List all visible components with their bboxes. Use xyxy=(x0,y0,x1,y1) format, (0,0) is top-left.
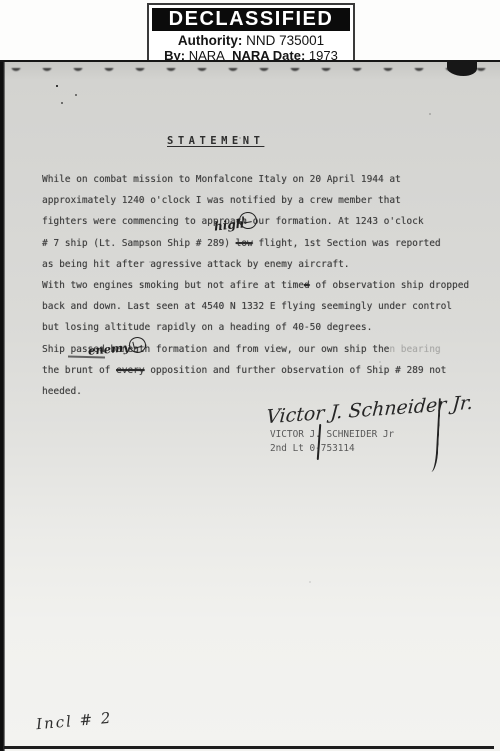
statement-line: fighters were commencing to approach our… xyxy=(42,211,487,232)
statement-text-segment: heeded. xyxy=(42,386,82,397)
statement-text-segment: flight, 1st Section was reported xyxy=(253,238,441,249)
statement-text-segment: every xyxy=(116,365,144,376)
statement-text-segment: opposition and further observation of Sh… xyxy=(145,365,447,376)
stamp-authority-line: Authority: NND 735001 xyxy=(152,33,350,48)
statement-text-segment: With two engines smoking but not afire a… xyxy=(42,280,304,291)
film-left-edge xyxy=(0,62,5,751)
statement-text-segment: as being hit after agressive attack by e… xyxy=(42,259,350,270)
statement-text-segment: the brunt of xyxy=(42,365,116,376)
scanned-document-page: DECLASSIFIED Authority: NND 735001 By: N… xyxy=(0,0,500,751)
declassified-stamp: DECLASSIFIED Authority: NND 735001 By: N… xyxy=(147,3,355,68)
film-tear-mark xyxy=(447,60,477,76)
authority-label: Authority: xyxy=(178,33,243,48)
statement-line: While on combat mission to Monfalcone It… xyxy=(42,169,487,190)
authority-value: NND 735001 xyxy=(246,33,324,48)
typed-signature-block: VICTOR J. SCHNEIDER Jr 2nd Lt 0-753114 xyxy=(270,428,394,456)
statement-line: # 7 ship (Lt. Sampson Ship # 289) low fl… xyxy=(42,233,487,254)
statement-line: the brunt of every opposition and furthe… xyxy=(42,360,487,381)
film-bottom-edge xyxy=(4,746,494,749)
statement-line: With two engines smoking but not afire a… xyxy=(42,275,487,296)
statement-body: While on combat mission to Monfalcone It… xyxy=(42,169,487,402)
declassified-banner: DECLASSIFIED xyxy=(152,8,350,31)
statement-text-segment: # 7 ship (Lt. Sampson Ship # 289) xyxy=(42,238,236,249)
statement-line: as being hit after agressive attack by e… xyxy=(42,254,487,275)
statement-line: back and down. Last seen at 4540 N 1332 … xyxy=(42,296,487,317)
statement-text-segment: While on combat mission to Monfalcone It… xyxy=(42,174,401,185)
typed-signature-rank: 2nd Lt 0-753114 xyxy=(270,443,355,454)
typed-signature-name: VICTOR J. SCHNEIDER Jr xyxy=(270,429,394,440)
statement-text-segment: but losing altitude rapidly on a heading… xyxy=(42,322,372,333)
statement-text-segment: of observation ship dropped xyxy=(310,280,469,291)
statement-text-segment: low xyxy=(236,238,253,249)
statement-line: approximately 1240 o'clock I was notifie… xyxy=(42,190,487,211)
statement-text-segment: approximately 1240 o'clock I was notifie… xyxy=(42,195,401,206)
statement-heading: STATEMENT xyxy=(167,135,264,147)
statement-text-segment: back and down. Last seen at 4540 N 1332 … xyxy=(42,301,452,312)
statement-line: but losing altitude rapidly on a heading… xyxy=(42,317,487,338)
film-perforations xyxy=(6,68,498,78)
statement-text-segment: n bearing xyxy=(389,344,440,355)
